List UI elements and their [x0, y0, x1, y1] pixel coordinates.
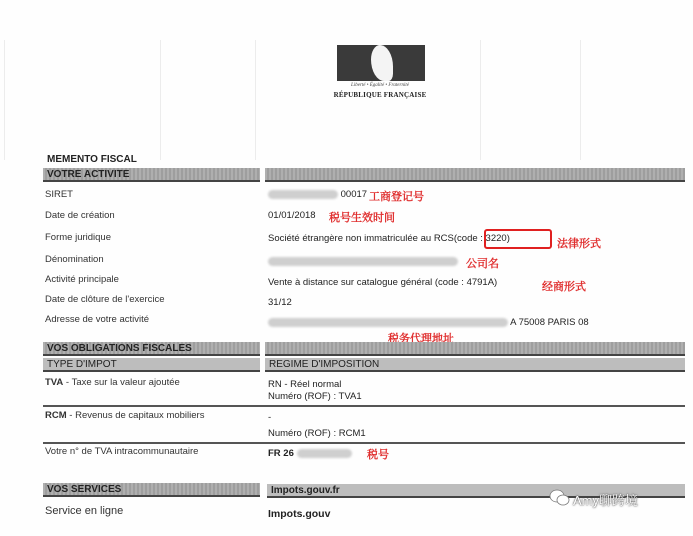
scan-artifact — [255, 40, 256, 160]
numero-rcm: Numéro (ROF) : RCM1 — [268, 428, 366, 439]
scan-artifact — [160, 40, 161, 160]
annotation-forme-juridique: 法律形式 — [557, 235, 601, 251]
value-siret: 00017 — [268, 189, 367, 200]
republique-francaise: RÉPUBLIQUE FRANÇAISE — [333, 91, 427, 99]
tax-type-rcm: RCM - Revenus de capitaux mobiliers — [45, 410, 204, 421]
column-header-regime: REGIME D'IMPOSITION — [265, 358, 685, 372]
annotation-siret: 工商登记号 — [369, 188, 424, 204]
section-header-obligations: VOS OBLIGATIONS FISCALES — [43, 342, 260, 356]
scan-artifact — [4, 40, 5, 160]
divider — [43, 442, 685, 444]
document-title: MEMENTO FISCAL — [47, 154, 137, 165]
numero-tva: Numéro (ROF) : TVA1 — [268, 391, 362, 402]
value-activite-principale: Vente à distance sur catalogue général (… — [268, 277, 497, 288]
regime-rcm: - — [268, 412, 271, 423]
annotation-tva-intra: 税号 — [367, 446, 389, 462]
watermark: Amy聊跨境 — [573, 490, 638, 509]
annotation-date-creation: 税号生效时间 — [329, 209, 395, 225]
redacted — [268, 257, 458, 266]
scan-artifact — [480, 40, 481, 160]
highlight-box — [484, 229, 552, 249]
regime-tva: RN - Réel normal — [268, 379, 341, 390]
label-siret: SIRET — [45, 189, 73, 200]
label-date-creation: Date de création — [45, 210, 115, 221]
label-denomination: Dénomination — [45, 254, 104, 265]
section-header-services: VOS SERVICES — [43, 483, 260, 497]
value-tva-intra: FR 26 — [268, 448, 352, 459]
scan-artifact — [580, 40, 581, 160]
redacted — [268, 318, 508, 327]
redacted — [268, 190, 338, 199]
marianne-logo: Liberté • Égalité • Fraternité RÉPUBLIQU… — [333, 43, 427, 101]
section-header-activite: VOTRE ACTIVITE — [43, 168, 260, 182]
wechat-icon — [549, 489, 571, 507]
label-adresse: Adresse de votre activité — [45, 314, 149, 325]
value-date-creation: 01/01/2018 — [268, 210, 316, 221]
label-service-en-ligne: Service en ligne — [45, 505, 123, 517]
label-forme-juridique: Forme juridique — [45, 232, 111, 243]
tax-type-tva: TVA - Taxe sur la valeur ajoutée — [45, 377, 180, 388]
value-cloture: 31/12 — [268, 297, 292, 308]
redacted — [297, 449, 352, 458]
value-denomination — [268, 256, 458, 267]
label-tva-intra: Votre n° de TVA intracommunautaire — [45, 446, 198, 457]
scanned-document: Liberté • Égalité • Fraternité RÉPUBLIQU… — [0, 0, 693, 536]
label-activite-principale: Activité principale — [45, 274, 119, 285]
motto: Liberté • Égalité • Fraternité — [333, 83, 427, 88]
section-header-activite-right — [265, 168, 685, 182]
section-header-obligations-right — [265, 342, 685, 356]
value-service-en-ligne: Impots.gouv — [268, 508, 330, 520]
value-forme-juridique: Société étrangère non immatriculée au RC… — [268, 233, 510, 244]
divider — [43, 405, 685, 407]
annotation-denomination: 公司名 — [466, 255, 499, 271]
column-header-type-impot: TYPE D'IMPOT — [43, 358, 260, 372]
annotation-activite: 经商形式 — [542, 278, 586, 294]
value-adresse: A 75008 PARIS 08 — [268, 317, 589, 328]
label-cloture: Date de clôture de l'exercice — [45, 294, 165, 305]
